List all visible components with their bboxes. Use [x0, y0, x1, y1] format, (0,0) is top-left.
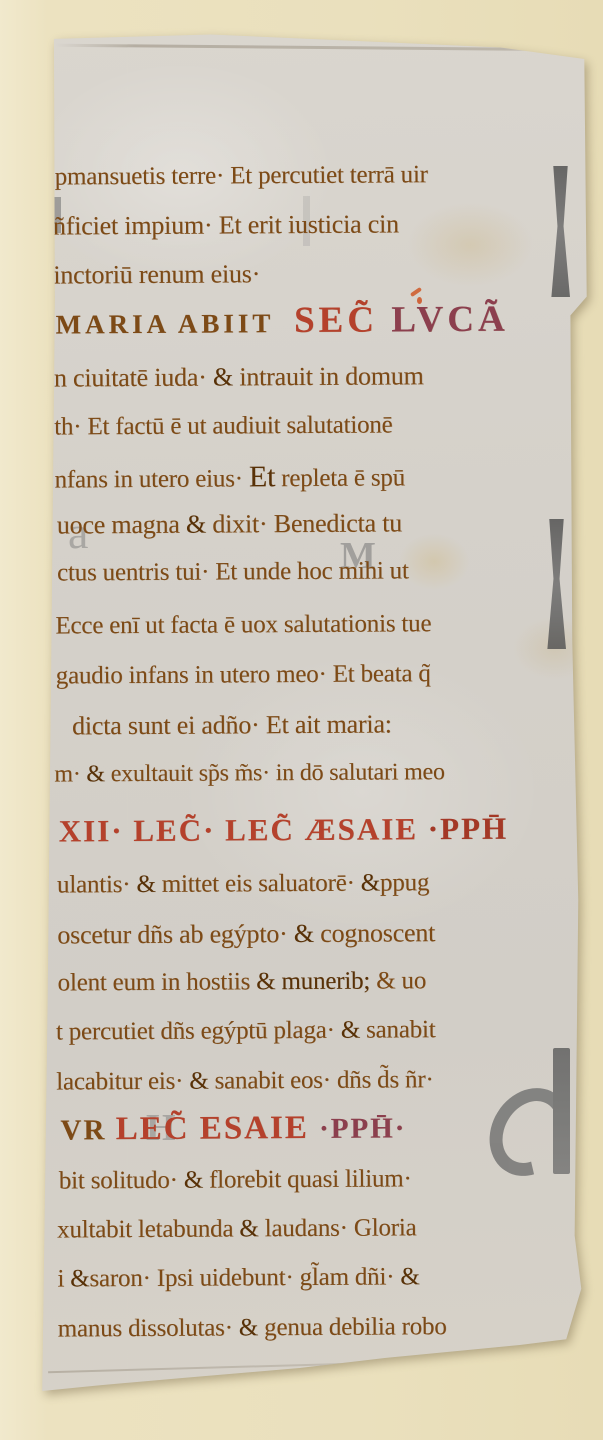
line-isaiah11-3: inctoriū renum eius·	[53, 261, 260, 288]
line-isaiah19-5-seg-2: &	[189, 1068, 214, 1095]
line-isaiah35-3-seg-4: &	[400, 1263, 419, 1290]
line-luke-5: ctus uentris tui· Et unde hoc mihi ut	[57, 558, 409, 585]
heading-lectio-esaie-xii: XII· LEC̃· LEC̃ ÆSAIE ·PPH̄	[59, 813, 509, 847]
line-luke-7-seg-1: gaudio infans in utero meo· Et beata q̃	[56, 660, 431, 689]
heading-secundum-lucam-seg-1: MARIA ABIIT	[55, 308, 274, 339]
line-isaiah35-2-seg-2: &	[239, 1215, 264, 1242]
line-isaiah35-3: i &saron· Ipsi uidebunt· gl̃am dñi· &	[57, 1264, 419, 1291]
parchment-surface: a M H pmansuetis terre· Et percutiet ter…	[0, 0, 603, 1440]
heading-secundum-lucam-seg-3: SEC̃	[294, 299, 391, 341]
line-isaiah19-4-seg-3: sanabit	[366, 1016, 436, 1043]
line-isaiah35-4-seg-2: &	[239, 1314, 264, 1341]
line-isaiah11-3-seg-1: inctoriū renum eius·	[53, 259, 260, 289]
line-luke-9-seg-2: &	[86, 761, 110, 787]
line-luke-3-seg-2: Et	[249, 460, 275, 493]
line-luke-4-seg-1: uoce magna	[57, 510, 186, 540]
line-luke-4: uoce magna & dixit· Benedicta tu	[57, 510, 402, 538]
line-luke-3: nfans in utero eius· Et repleta ē spū	[54, 461, 405, 493]
line-isaiah19-2-seg-3: cognoscent	[320, 918, 435, 948]
heading-secundum-lucam-seg-4: LVCÃ	[391, 299, 509, 341]
line-luke-8-seg-1: dicta sunt ei adño· Et ait maria:	[72, 709, 392, 740]
line-isaiah35-4-seg-3: genua debilia robo	[264, 1313, 447, 1341]
heading-lectio-esaie-ultima-seg-4: ·PPH̄·	[319, 1112, 407, 1145]
line-isaiah19-1-seg-2: &	[136, 871, 161, 898]
line-luke-1-seg-3: intrauit in domum	[239, 361, 424, 391]
line-luke-3-seg-1: nfans in utero eius·	[54, 465, 249, 493]
line-luke-4-seg-2: &	[186, 510, 213, 539]
heading-lectio-esaie-xii-seg-2: LEC̃	[225, 812, 305, 847]
line-isaiah19-3-seg-3: & uo	[376, 967, 426, 994]
heading-lectio-esaie-ultima-seg-3: ESAIE	[200, 1110, 320, 1147]
line-isaiah19-3-seg-2: & munerib;	[256, 968, 376, 996]
line-luke-1-seg-1: n ciuitatē iuda·	[54, 363, 213, 393]
text-block: pmansuetis terre· Et percutiet terrā uir…	[0, 0, 603, 1440]
line-isaiah11-1: pmansuetis terre· Et percutiet terrā uir	[55, 162, 428, 189]
parchment-fragment: a M H pmansuetis terre· Et percutiet ter…	[0, 0, 603, 1440]
heading-lectio-esaie-xii-seg-4: ·PPH̄	[428, 811, 509, 846]
line-isaiah19-1-seg-1: ulantis·	[57, 871, 137, 898]
line-isaiah35-2: xultabit letabunda & laudans· Gloria	[57, 1215, 417, 1242]
line-luke-7: gaudio infans in utero meo· Et beata q̃	[56, 661, 431, 688]
line-isaiah19-4: t percutiet dñs egýptū plaga· & sanabit	[56, 1017, 436, 1044]
line-isaiah35-1: bit solitudo· & florebit quasi lilium·	[59, 1166, 412, 1193]
line-luke-4-seg-3: dixit· Benedicta tu	[212, 508, 402, 538]
line-isaiah19-1-seg-5: ppug	[380, 869, 429, 896]
line-luke-1-seg-2: &	[213, 362, 240, 391]
line-isaiah35-2-seg-3: laudans· Gloria	[265, 1214, 417, 1242]
line-isaiah11-2-seg-1: ñficiet impium· Et erit iusticia cin	[53, 209, 399, 240]
line-luke-1: n ciuitatē iuda· & intrauit in domum	[54, 363, 424, 391]
heading-lectio-esaie-xii-seg-3: ÆSAIE	[304, 811, 427, 847]
heading-secundum-lucam-seg-2	[274, 308, 294, 338]
photograph-background: a M H pmansuetis terre· Et percutiet ter…	[0, 0, 603, 1440]
heading-lectio-esaie-ultima-seg-2: LEC̃	[116, 1111, 200, 1148]
line-isaiah35-1-seg-1: bit solitudo·	[59, 1167, 184, 1195]
line-luke-2-seg-1: th· Et factū ē ut audiuit salutationē	[54, 411, 392, 440]
line-isaiah35-4-seg-1: manus dissolutas·	[58, 1314, 239, 1342]
line-luke-9: m· & exultauit sp̃s m̃s· in dō salutari …	[54, 760, 445, 786]
line-luke-9-seg-3: exultauit sp̃s m̃s· in dō salutari meo	[111, 759, 445, 787]
line-isaiah19-1-seg-4: &	[361, 870, 380, 897]
line-luke-8: dicta sunt ei adño· Et ait maria:	[72, 711, 392, 739]
line-luke-2: th· Et factū ē ut audiuit salutationē	[54, 412, 392, 439]
line-isaiah19-2-seg-1: oscetur dñs ab egýpto·	[57, 919, 294, 949]
line-isaiah19-5-seg-3: sanabit eos· dñs d̃s ñr·	[214, 1066, 433, 1094]
line-isaiah35-2-seg-1: xultabit letabunda	[57, 1215, 239, 1243]
line-isaiah11-2: ñficiet impium· Et erit iusticia cin	[53, 211, 399, 239]
line-isaiah19-1: ulantis· & mittet eis saluatorē· &ppug	[57, 870, 429, 897]
line-isaiah19-4-seg-2: &	[341, 1017, 366, 1044]
line-luke-6-seg-1: Ecce enī ut facta ē uox salutationis tue	[55, 610, 431, 639]
line-isaiah35-3-seg-1: i	[57, 1265, 70, 1292]
line-isaiah35-4: manus dissolutas· & genua debilia robo	[58, 1314, 447, 1341]
line-isaiah19-4-seg-1: t percutiet dñs egýptū plaga·	[56, 1017, 341, 1046]
line-isaiah35-3-seg-2: &	[70, 1265, 89, 1292]
heading-secundum-lucam: MARIA ABIIT SEC̃ LVCÃ	[55, 301, 508, 341]
line-isaiah19-3: olent eum in hostiis & munerib; & uo	[58, 968, 427, 995]
line-isaiah19-3-seg-1: olent eum in hostiis	[58, 968, 257, 996]
line-luke-5-seg-1: ctus uentris tui· Et unde hoc mihi ut	[57, 557, 409, 586]
heading-lectio-esaie-ultima: VR LEC̃ ESAIE ·PPH̄·	[60, 1111, 406, 1146]
line-isaiah19-2: oscetur dñs ab egýpto· & cognoscent	[57, 920, 435, 948]
line-isaiah11-1-seg-1: pmansuetis terre·	[55, 162, 231, 190]
line-isaiah19-5-seg-1: lacabitur eis·	[56, 1068, 189, 1096]
line-isaiah35-1-seg-2: &	[184, 1167, 209, 1194]
line-isaiah35-1-seg-3: florebit quasi lilium·	[209, 1165, 412, 1193]
line-isaiah19-1-seg-3: mittet eis saluatorē·	[162, 870, 361, 898]
line-isaiah11-1-seg-2: Et percutiet terrā uir	[230, 161, 428, 189]
line-luke-6: Ecce enī ut facta ē uox salutationis tue	[55, 611, 431, 638]
line-isaiah35-3-seg-3: saron· Ipsi uidebunt· gl̃am dñi·	[89, 1263, 400, 1292]
heading-lectio-esaie-ultima-seg-1: VR	[60, 1114, 115, 1146]
line-isaiah19-2-seg-2: &	[294, 919, 321, 948]
line-luke-3-seg-3: repleta ē spū	[275, 464, 405, 492]
line-luke-9-seg-1: m·	[54, 761, 86, 787]
heading-lectio-esaie-xii-seg-1: XII· LEC̃·	[59, 812, 226, 848]
line-isaiah19-5: lacabitur eis· & sanabit eos· dñs d̃s ñr…	[56, 1067, 433, 1094]
